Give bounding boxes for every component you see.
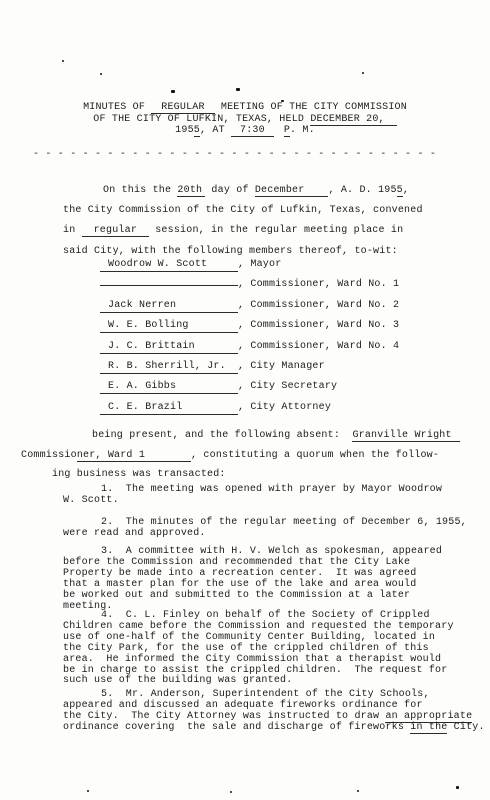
- scan-speck: [362, 72, 364, 74]
- scan-speck: [87, 790, 89, 792]
- underlined-phrase: in the: [410, 722, 447, 734]
- item-line: area. He informed the City Commission th…: [63, 655, 454, 666]
- item-text: the City. The City Attorney was instruct…: [63, 711, 385, 722]
- roster-row: J. C. Brittain, Commissioner, Ward No. 4: [100, 341, 399, 361]
- roster-name-blank: J. C. Brittain: [100, 341, 238, 354]
- roster-title: , City Attorney: [238, 402, 331, 413]
- roster-name-blank: W. E. Bolling: [100, 320, 238, 333]
- item-line: ordinance covering the sale and discharg…: [63, 723, 485, 734]
- scan-speck: [236, 88, 240, 91]
- roster-row: , Commissioner, Ward No. 1: [100, 279, 399, 299]
- quorum-text: Commissio: [21, 450, 77, 461]
- roster-row: Jack Nerren, Commissioner, Ward No. 2: [100, 300, 399, 320]
- opening-paragraph: On this the 20th day of December, A. D. …: [63, 181, 423, 262]
- officials-roster: Woodrow W. Scott, Mayor , Commissioner, …: [100, 259, 399, 422]
- roster-title: , Commissioner, Ward No. 4: [238, 341, 399, 352]
- roster-title: , Commissioner, Ward No. 3: [238, 320, 399, 331]
- roster-name-blank: Woodrow W. Scott: [100, 259, 238, 272]
- roster-title: , City Manager: [238, 361, 325, 372]
- item-line: the City Park, for the use of the crippl…: [63, 644, 454, 655]
- intro-text: session, in the regular meeting place in: [149, 225, 403, 236]
- roster-name-blank: R. B. Sherrill, Jr.: [100, 361, 238, 374]
- title-line-3: 1955, AT 7:30P. M.: [0, 125, 490, 137]
- roster-name-blank: [100, 285, 238, 286]
- scan-speck: [171, 90, 175, 93]
- intro-text: ,: [403, 185, 409, 196]
- meeting-time-blank: 7:30: [231, 125, 274, 137]
- item-line: W. Scott.: [63, 496, 442, 507]
- title-text: 195: [175, 125, 194, 136]
- item-line: 1. The meeting was opened with prayer by…: [63, 485, 442, 496]
- roster-title: , City Secretary: [238, 381, 337, 392]
- scan-speck: [456, 786, 459, 789]
- title-text: . M.: [290, 125, 315, 136]
- title-text: MEETING OF THE CITY COMMISSION: [215, 102, 407, 113]
- absent-name-blank: Granville Wright: [352, 430, 459, 442]
- title-text: OF THE CITY OF LUFKIN, TEXAS, HELD: [93, 114, 310, 125]
- roster-row: C. E. Brazil, City Attorney: [100, 402, 399, 422]
- document-title: MINUTES OF REGULAR MEETING OF THE CITY C…: [0, 102, 490, 137]
- quorum-line-2: Commissioner, Ward 1, constituting a quo…: [21, 446, 490, 466]
- roster-title: , Commissioner, Ward No. 1: [238, 279, 399, 290]
- intro-line-1: On this the 20th day of December, A. D. …: [63, 181, 423, 201]
- scan-speck: [357, 790, 359, 792]
- quorum-text: , constituting a quorum when the follow-: [191, 450, 439, 461]
- quorum-paragraph: being present, and the following absent:…: [0, 426, 490, 485]
- roster-title: , Mayor: [238, 259, 281, 270]
- absent-ward-blank: ner, Ward 1: [77, 450, 191, 462]
- item-line: be worked out and submitted to the Commi…: [63, 591, 442, 602]
- intro-text: On this the: [103, 185, 177, 196]
- title-text: MINUTES OF: [83, 102, 151, 113]
- quorum-line-3: ing business was transacted:: [52, 465, 490, 485]
- quorum-line-1: being present, and the following absent:…: [92, 426, 490, 446]
- item-text: City.: [447, 722, 484, 733]
- meeting-date-blank: DECEMBER 20,: [310, 114, 396, 126]
- session-type-blank: regular: [82, 225, 149, 237]
- roster-name-blank: E. A. Gibbs: [100, 381, 238, 394]
- item-line: such use of the building was granted.: [63, 676, 454, 687]
- roster-name-blank: C. E. Brazil: [100, 402, 238, 415]
- roster-row: W. E. Bolling, Commissioner, Ward No. 3: [100, 320, 399, 340]
- title-line-1: MINUTES OF REGULAR MEETING OF THE CITY C…: [0, 102, 490, 114]
- intro-line-2: the City Commission of the City of Lufki…: [63, 201, 423, 221]
- intro-text: , A. D. 195: [328, 185, 396, 196]
- scan-speck: [230, 791, 232, 793]
- agenda-item-1: 1. The meeting was opened with prayer by…: [63, 485, 442, 507]
- agenda-item-3: 3. A committee with H. V. Welch as spoke…: [63, 547, 442, 612]
- intro-text: day of: [205, 185, 255, 196]
- scan-speck: [100, 73, 102, 75]
- item-line: that a master plan for the use of the la…: [63, 580, 442, 591]
- title-line-2: OF THE CITY OF LUFKIN, TEXAS, HELD DECEM…: [0, 114, 490, 126]
- meeting-type-blank: REGULAR: [151, 102, 214, 114]
- roster-row: R. B. Sherrill, Jr., City Manager: [100, 361, 399, 381]
- quorum-text: being present, and the following absent:: [92, 430, 352, 441]
- intro-line-3: in regular session, in the regular meeti…: [63, 221, 423, 241]
- agenda-item-2: 2. The minutes of the regular meeting of…: [63, 518, 467, 540]
- roster-row: Woodrow W. Scott, Mayor: [100, 259, 399, 279]
- day-blank: 20th: [177, 185, 205, 197]
- intro-text: in: [63, 225, 82, 236]
- scanned-minutes-page: MINUTES OF REGULAR MEETING OF THE CITY C…: [0, 0, 490, 800]
- separator-dashes: - - - - - - - - - - - - - - - - - - - - …: [33, 149, 436, 161]
- item-text: ordinance covering the sale and discharg…: [63, 722, 410, 733]
- agenda-item-5: 5. Mr. Anderson, Superintendent of the C…: [63, 690, 485, 734]
- title-text: , AT: [200, 125, 231, 136]
- roster-title: , Commissioner, Ward No. 2: [238, 300, 399, 311]
- scan-speck: [62, 60, 64, 62]
- agenda-item-4: 4. C. L. Finley on behalf of the Society…: [63, 611, 454, 687]
- month-blank: December: [255, 185, 329, 197]
- roster-row: E. A. Gibbs, City Secretary: [100, 381, 399, 401]
- item-line: were read and approved.: [63, 529, 467, 540]
- roster-name-blank: Jack Nerren: [100, 300, 238, 313]
